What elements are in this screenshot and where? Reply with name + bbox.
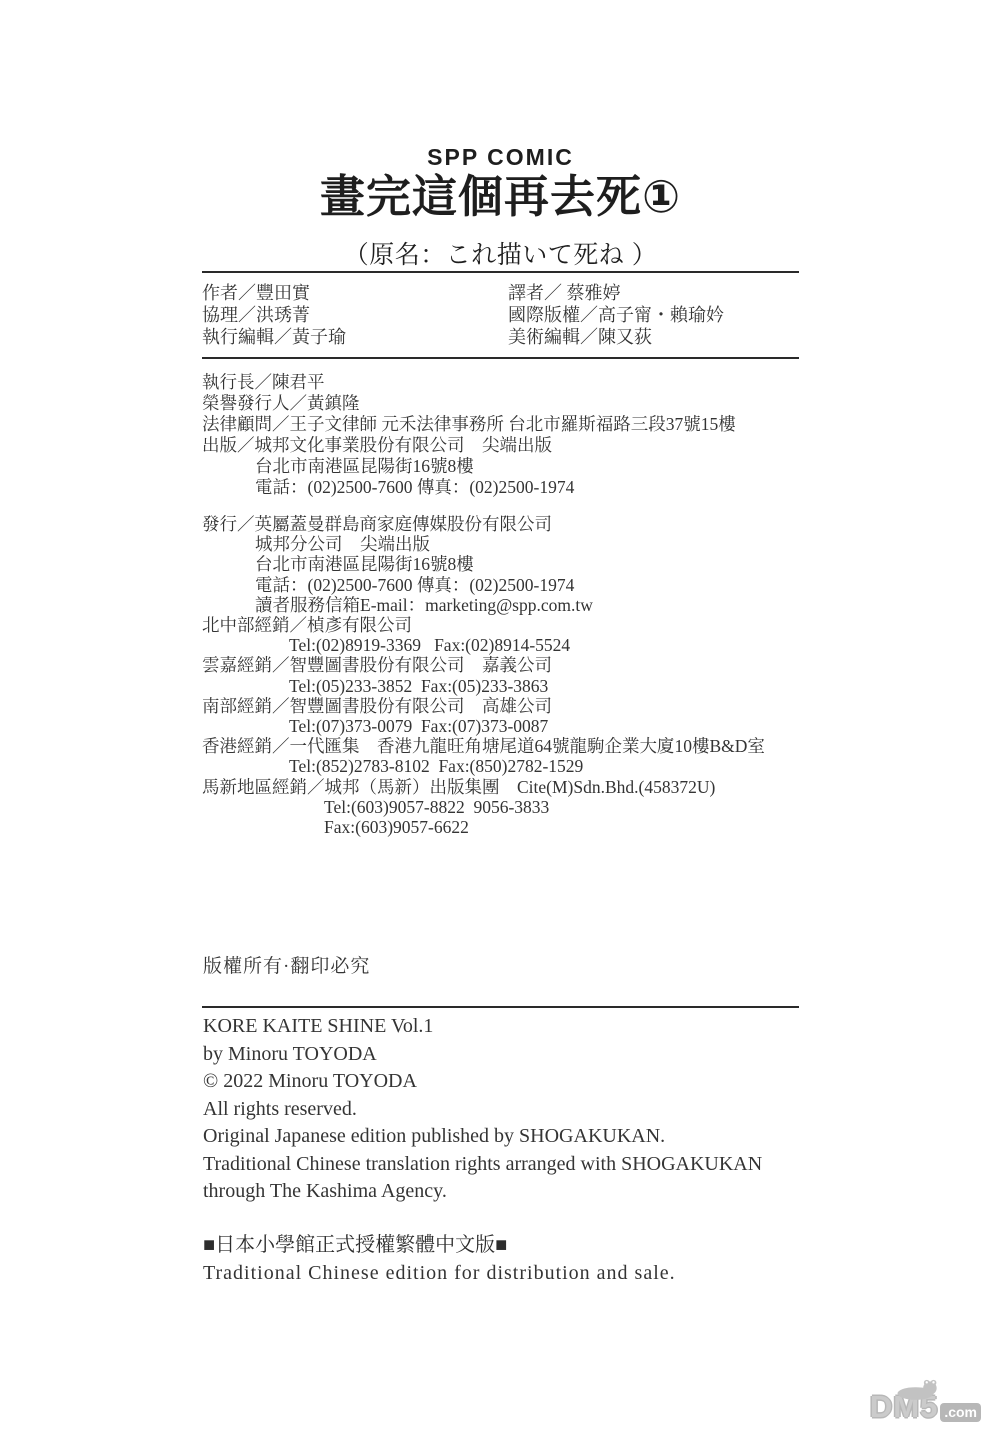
credit-line: 國際版權／高子甯・賴瑜妗 [508, 304, 799, 326]
distribution-line: 讀者服務信箱E-mail：marketing@spp.com.tw [202, 595, 862, 615]
publisher-line: 台北市南港區昆陽街16號8樓 [202, 456, 842, 477]
credit-line: 美術編輯／陳又荻 [508, 326, 799, 348]
distribution-line: Tel:(05)233-3852 Fax:(05)233-3863 [202, 676, 862, 696]
distribution-line: 發行／英屬蓋曼群島商家庭傳媒股份有限公司 [202, 514, 862, 534]
frog-mascot-icon [893, 1376, 947, 1402]
english-colophon-line: © 2022 Minoru TOYODA [203, 1068, 843, 1096]
original-title: （原名：これ描いて死ね ） [202, 235, 799, 271]
distribution-line: 台北市南港區昆陽街16號8樓 [202, 554, 862, 574]
distribution-section: 發行／英屬蓋曼群島商家庭傳媒股份有限公司城邦分公司 尖端出版台北市南港區昆陽街1… [202, 514, 862, 837]
distribution-line: Fax:(603)9057-6622 [202, 817, 862, 837]
colophon-page: SPP COMIC 畫完這個再去死① （原名：これ描いて死ね ） 作者／豐田實協… [0, 0, 989, 1433]
english-colophon-line: through The Kashima Agency. [203, 1178, 843, 1206]
publisher-line: 電話：(02)2500-7600 傳真：(02)2500-1974 [202, 477, 842, 498]
imprint-label: SPP COMIC [202, 144, 799, 171]
distribution-line: 香港經銷／一代匯集 香港九龍旺角塘尾道64號龍駒企業大廈10樓B&D室 [202, 736, 862, 756]
english-colophon-line: KORE KAITE SHINE Vol.1 [203, 1013, 843, 1041]
credit-line: 執行編輯／黃子瑜 [202, 326, 508, 348]
license-en-line: Traditional Chinese edition for distribu… [203, 1259, 843, 1287]
distribution-line: 城邦分公司 尖端出版 [202, 534, 862, 554]
copyright-notice: 版權所有·翻印必究 [203, 951, 370, 978]
distribution-line: Tel:(07)373-0079 Fax:(07)373-0087 [202, 716, 862, 736]
publisher-line: 法律顧問／王子文律師 元禾法律事務所 台北市羅斯福路三段37號15樓 [202, 414, 842, 435]
english-colophon-line: by Minoru TOYODA [203, 1041, 843, 1069]
divider-header [202, 271, 799, 273]
distribution-line: 北中部經銷／楨彥有限公司 [202, 615, 862, 635]
english-colophon-line: Traditional Chinese translation rights a… [203, 1151, 843, 1179]
book-header: SPP COMIC 畫完這個再去死① （原名：これ描いて死ね ） [202, 144, 799, 271]
divider-colophon [202, 1006, 799, 1008]
publisher-line: 榮譽發行人／黃鎮隆 [202, 393, 842, 414]
distribution-line: 雲嘉經銷／智豐圖書股份有限公司 嘉義公司 [202, 655, 862, 675]
credit-line: 協理／洪琇菁 [202, 304, 508, 326]
publisher-line: 執行長／陳君平 [202, 372, 842, 393]
credit-line: 作者／豐田實 [202, 282, 508, 304]
distribution-line: 南部經銷／智豐圖書股份有限公司 高雄公司 [202, 696, 862, 716]
english-colophon-line: All rights reserved. [203, 1096, 843, 1124]
credits-right-column: 譯者／ 蔡雅婷國際版權／高子甯・賴瑜妗美術編輯／陳又荻 [508, 282, 799, 348]
watermark-suffix: .com [940, 1403, 981, 1422]
distribution-line: Tel:(02)8919-3369 Fax:(02)8914-5524 [202, 635, 862, 655]
distribution-line: 電話：(02)2500-7600 傳真：(02)2500-1974 [202, 575, 862, 595]
publisher-line: 出版／城邦文化事業股份有限公司 尖端出版 [202, 435, 842, 456]
divider-credits [202, 357, 799, 359]
book-title: 畫完這個再去死① [202, 172, 799, 222]
license-section: ■日本小學館正式授權繁體中文版■ Traditional Chinese edi… [203, 1231, 843, 1287]
english-colophon-line: Original Japanese edition published by S… [203, 1123, 843, 1151]
credits-section: 作者／豐田實協理／洪琇菁執行編輯／黃子瑜 譯者／ 蔡雅婷國際版權／高子甯・賴瑜妗… [202, 282, 799, 348]
credit-line: 譯者／ 蔡雅婷 [508, 282, 799, 304]
english-colophon-section: KORE KAITE SHINE Vol.1by Minoru TOYODA© … [203, 1013, 843, 1206]
credits-left-column: 作者／豐田實協理／洪琇菁執行編輯／黃子瑜 [202, 282, 508, 348]
distribution-line: Tel:(603)9057-8822 9056-3833 [202, 797, 862, 817]
license-cjk-line: ■日本小學館正式授權繁體中文版■ [203, 1231, 843, 1259]
distribution-line: 馬新地區經銷／城邦（馬新）出版集團 Cite(M)Sdn.Bhd.(458372… [202, 777, 862, 797]
distribution-line: Tel:(852)2783-8102 Fax:(850)2782-1529 [202, 756, 862, 776]
publisher-section: 執行長／陳君平榮譽發行人／黃鎮隆法律顧問／王子文律師 元禾法律事務所 台北市羅斯… [202, 372, 842, 498]
dm5-watermark: DM5.com [870, 1389, 981, 1425]
